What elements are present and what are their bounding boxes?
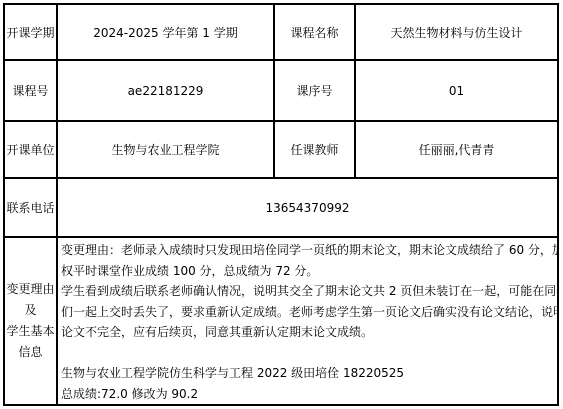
label-class-number: 课序号: [274, 60, 355, 121]
label-teacher: 任课教师: [274, 121, 355, 178]
value-phone: 13654370992: [57, 178, 558, 237]
course-info-table: 开课学期 2024-2025 学年第 1 学期 课程名称 天然生物材料与仿生设计…: [3, 3, 559, 406]
change-info-label-line: 及: [5, 300, 56, 321]
change-text-line: 们一起上交时丢失了，要求重新认定成绩。老师考虑学生第一页论文后确实没有论文结论，…: [61, 302, 556, 323]
label-semester: 开课学期: [4, 4, 57, 60]
label-course-name: 课程名称: [274, 4, 355, 60]
value-course-name: 天然生物材料与仿生设计: [355, 4, 558, 60]
value-department: 生物与农业工程学院: [57, 121, 274, 178]
change-info-label-line: 学生基本: [5, 321, 56, 342]
grade-change-form: 开课学期 2024-2025 学年第 1 学期 课程名称 天然生物材料与仿生设计…: [0, 0, 563, 409]
value-course-number: ae22181229: [57, 60, 274, 121]
table-row: 联系电话 13654370992: [4, 178, 558, 237]
change-text-line: 学生看到成绩后联系老师确认情况，说明其交全了期末论文共 2 页但未装订在一起，可…: [61, 281, 556, 302]
change-text-line: 变更理由：老师录入成绩时只发现田培佺同学一页纸的期末论文，期末论文成绩给了 60…: [61, 240, 556, 261]
change-text-line: 论文不完全，应有后续页，同意其重新认定期末论文成绩。: [61, 322, 556, 343]
label-department: 开课单位: [4, 121, 57, 178]
change-text-line: 生物与农业工程学院仿生科学与工程 2022 级田培佺 18220525: [61, 363, 556, 384]
table-row: 变更理由 及 学生基本 信息 变更理由：老师录入成绩时只发现田培佺同学一页纸的期…: [4, 237, 558, 405]
change-info-label-line: 变更理由: [5, 279, 56, 300]
value-class-number: 01: [355, 60, 558, 121]
change-text-line-blank: [61, 343, 556, 364]
table-row: 开课单位 生物与农业工程学院 任课教师 任丽丽,代青青: [4, 121, 558, 178]
value-teacher: 任丽丽,代青青: [355, 121, 558, 178]
table-row: 开课学期 2024-2025 学年第 1 学期 课程名称 天然生物材料与仿生设计: [4, 4, 558, 60]
change-info-content: 变更理由：老师录入成绩时只发现田培佺同学一页纸的期末论文，期末论文成绩给了 60…: [57, 237, 558, 405]
table-row: 课程号 ae22181229 课序号 01: [4, 60, 558, 121]
label-course-number: 课程号: [4, 60, 57, 121]
value-semester: 2024-2025 学年第 1 学期: [57, 4, 274, 60]
change-text-line: 总成绩:72.0 修改为 90.2: [61, 384, 556, 405]
label-phone: 联系电话: [4, 178, 57, 237]
change-info-label: 变更理由 及 学生基本 信息: [4, 237, 57, 405]
change-text-line: 权平时课堂作业成绩 100 分，总成绩为 72 分。: [61, 261, 556, 282]
change-info-label-line: 信息: [5, 342, 56, 363]
